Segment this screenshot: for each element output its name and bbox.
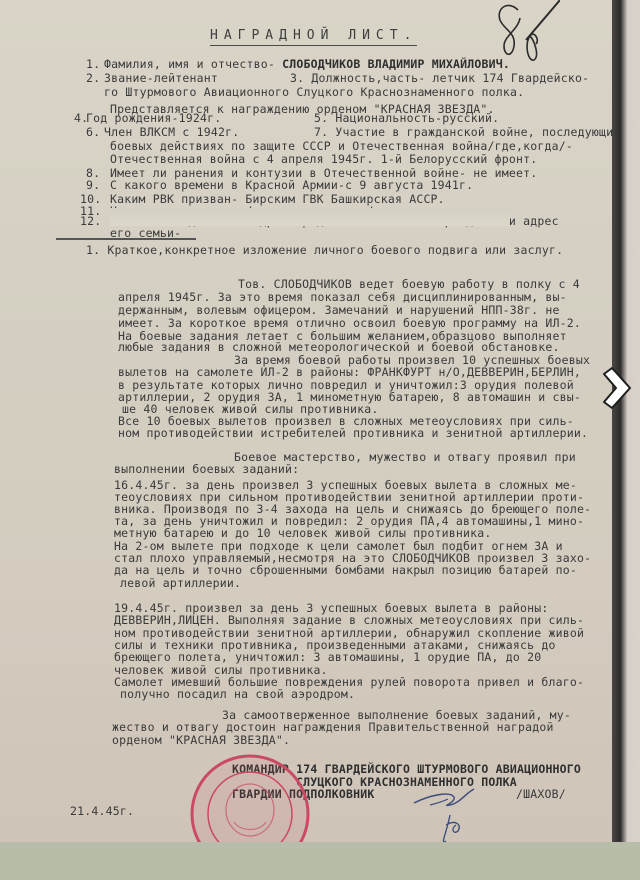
body-line: любые задания в сложной метеорологическо… bbox=[118, 340, 560, 354]
page-edge-shadow bbox=[612, 0, 640, 842]
field-war-participation-cont: боевых действиях по защите СССР и Отечес… bbox=[110, 139, 573, 153]
field-war-participation-cont: Отечественная война с 4 апреля 1945г. 1-… bbox=[110, 152, 537, 166]
body-line: жество и отвагу достоин награждения Прав… bbox=[112, 720, 554, 734]
body-line: бреющего полета, уничтожил: 3 автомашины… bbox=[114, 650, 541, 664]
field-number: 1. bbox=[86, 57, 100, 71]
body-line: держанным, волевым офицером. Замечаний и… bbox=[118, 303, 560, 317]
field-war-participation: 7. Участие в гражданской войне, последую… bbox=[314, 125, 620, 139]
field-nationality: 5. Национальность-русский. bbox=[314, 111, 499, 125]
signatory-name: /ШАХОВ/ bbox=[516, 787, 566, 801]
field-text: Фамилия, имя и отчество- СЛОБОДЧИКОВ ВЛА… bbox=[104, 57, 510, 71]
field-position: 3. Должность,часть- летчик 174 Гвардейск… bbox=[290, 71, 589, 85]
field-number: 9. bbox=[86, 178, 100, 192]
chevron-right-icon[interactable] bbox=[600, 366, 634, 410]
body-line: ном противодействии истребителей противн… bbox=[118, 426, 588, 440]
document-title: НАГРАДНОЙ ЛИСТ. bbox=[210, 28, 417, 46]
field-label: Фамилия, имя и отчество- bbox=[104, 57, 282, 71]
field-unit: го Штурмового Авиационного Слуцкого Крас… bbox=[104, 85, 524, 99]
handwritten-signature bbox=[410, 775, 500, 845]
award-document-page: НАГРАДНОЙ ЛИСТ. 1. Фамилия, имя и отчест… bbox=[0, 0, 612, 842]
body-line: Тов. СЛОБОДЧИКОВ ведет боевую работу в п… bbox=[238, 277, 580, 291]
redacted-address-area bbox=[110, 208, 510, 226]
field-number: 12. bbox=[80, 214, 101, 228]
body-line: выполнении боевых заданий: bbox=[114, 462, 299, 476]
body-line: левой артиллерии. bbox=[120, 576, 241, 590]
field-army-since: С какого времени в Красной Армии-с 9 авг… bbox=[110, 178, 473, 192]
section-heading: 1. Краткое,конкретное изложение личного … bbox=[86, 243, 563, 257]
field-value-fullname: СЛОБОДЧИКОВ ВЛАДИМИР МИХАЙЛОВИЧ. bbox=[282, 57, 510, 71]
body-line: получно посадил на свой аэродром. bbox=[120, 687, 355, 701]
divider bbox=[56, 238, 196, 240]
field-number: 6. bbox=[86, 125, 100, 139]
body-line: метную батарею и до 10 человек живой сил… bbox=[114, 526, 492, 540]
field-rank: Звание-лейтенант bbox=[104, 71, 218, 85]
body-line: да на цель и точно сброшенными бомбами н… bbox=[114, 563, 577, 577]
body-line: апреля 1945г. За это время показал себя … bbox=[118, 290, 567, 304]
background-strip bbox=[0, 842, 640, 880]
body-line: ДЕВВЕРИН,ЛИЦЕН. Выполняя задание в сложн… bbox=[114, 613, 584, 627]
body-line: имеет. За короткое время отлично освоил … bbox=[118, 316, 581, 330]
body-line: орденом "КРАСНАЯ ЗВЕЗДА". bbox=[112, 733, 290, 747]
field-number: 2. bbox=[86, 71, 100, 85]
document-date: 21.4.45г. bbox=[70, 804, 134, 818]
field-birth-year: Год рождения-1924г. bbox=[86, 111, 221, 125]
body-line: вылетов на самолете ИЛ-2 в районы: ФРАНК… bbox=[118, 365, 581, 379]
field-komsomol: Член ВЛКСМ с 1942г. bbox=[104, 125, 239, 139]
field-number: 4. bbox=[74, 111, 88, 125]
